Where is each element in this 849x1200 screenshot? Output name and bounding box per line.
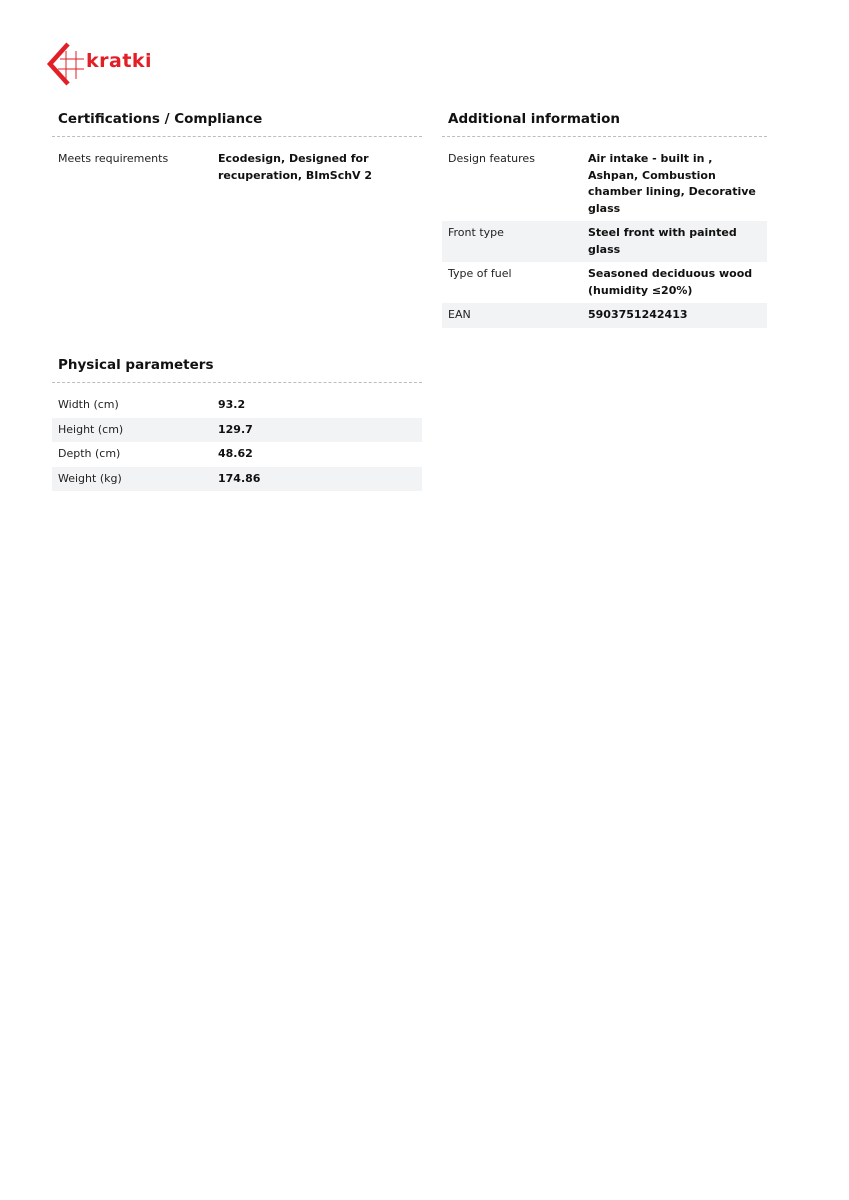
row-label: Front type xyxy=(448,225,588,258)
table-row: Depth (cm) 48.62 xyxy=(52,442,422,467)
table-row: EAN 5903751242413 xyxy=(442,303,767,328)
table-row: Design features Air intake - built in , … xyxy=(442,147,767,221)
table-row: Height (cm) 129.7 xyxy=(52,418,422,443)
row-label: Height (cm) xyxy=(58,422,218,439)
logo-mark-icon xyxy=(46,41,86,87)
row-label: Meets requirements xyxy=(58,151,218,184)
kratki-logo: kratki xyxy=(46,41,180,87)
row-label: Depth (cm) xyxy=(58,446,218,463)
row-value: 48.62 xyxy=(218,446,253,463)
row-value: 93.2 xyxy=(218,397,245,414)
table-row: Type of fuel Seasoned deciduous wood (hu… xyxy=(442,262,767,303)
row-label: Weight (kg) xyxy=(58,471,218,488)
physical-parameters-section: Physical parameters Width (cm) 93.2 Heig… xyxy=(52,354,422,491)
row-value: 129.7 xyxy=(218,422,253,439)
table-row: Meets requirements Ecodesign, Designed f… xyxy=(52,147,422,188)
certifications-section: Certifications / Compliance Meets requir… xyxy=(52,108,422,188)
row-value: Steel front with painted glass xyxy=(588,225,758,258)
row-value: 174.86 xyxy=(218,471,260,488)
table-row: Front type Steel front with painted glas… xyxy=(442,221,767,262)
section-title: Physical parameters xyxy=(52,354,422,383)
row-label: Type of fuel xyxy=(448,266,588,299)
table-row: Weight (kg) 174.86 xyxy=(52,467,422,492)
logo-text: kratki xyxy=(86,50,152,72)
row-value: 5903751242413 xyxy=(588,307,758,324)
row-value: Seasoned deciduous wood (humidity ≤20%) xyxy=(588,266,758,299)
section-title: Certifications / Compliance xyxy=(52,108,422,137)
table-row: Width (cm) 93.2 xyxy=(52,393,422,418)
row-label: Width (cm) xyxy=(58,397,218,414)
row-label: Design features xyxy=(448,151,588,217)
additional-information-section: Additional information Design features A… xyxy=(442,108,767,328)
row-value: Ecodesign, Designed for recuperation, BI… xyxy=(218,151,408,184)
row-label: EAN xyxy=(448,307,588,324)
section-title: Additional information xyxy=(442,108,767,137)
row-value: Air intake - built in , Ashpan, Combusti… xyxy=(588,151,758,217)
